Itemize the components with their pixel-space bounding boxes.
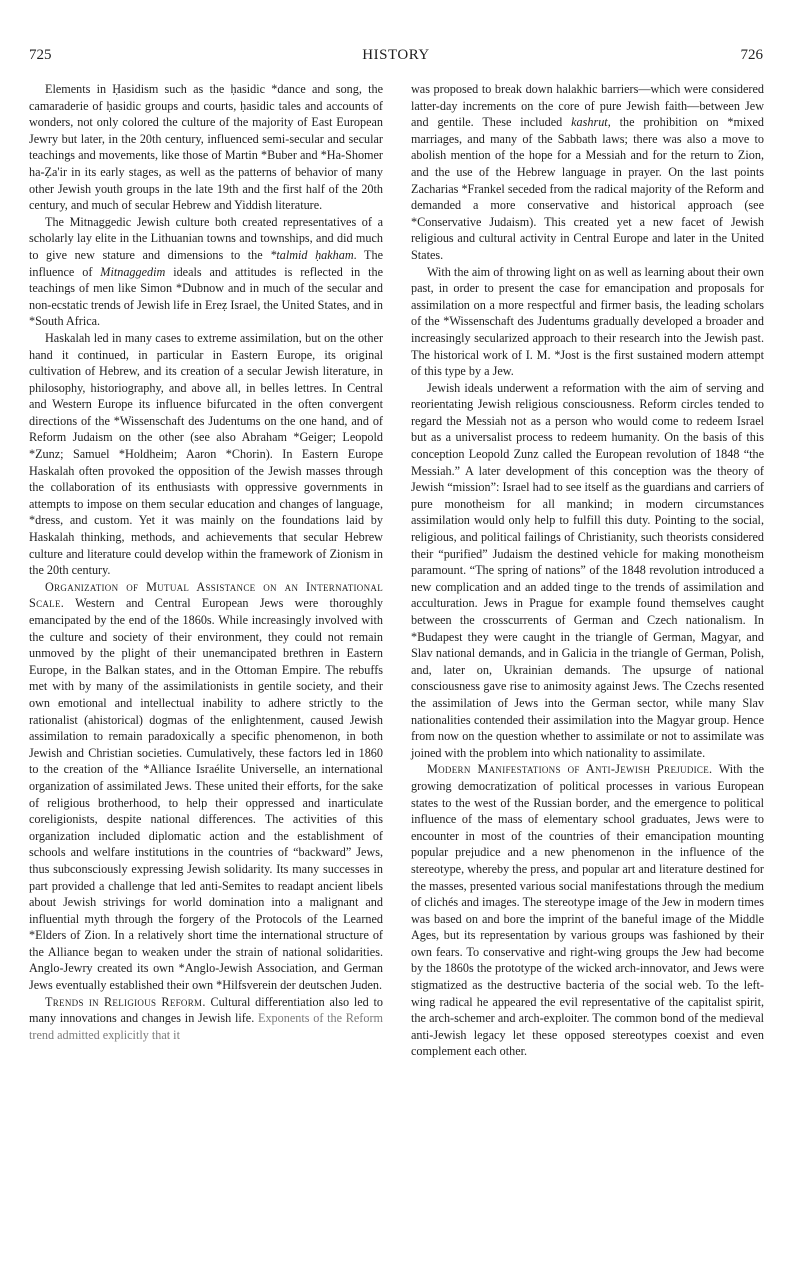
paragraph-mitnaggedic: The Mitnaggedic Jewish culture both crea… xyxy=(29,214,383,330)
right-column: was proposed to break down halakhic barr… xyxy=(411,81,764,1060)
paragraph-wissenschaft: With the aim of throwing light on as wel… xyxy=(411,264,764,380)
paragraph-text: Jewish ideals underwent a reformation wi… xyxy=(411,381,764,760)
paragraph-hasidism: Elements in Ḥasidism such as the ḥasidic… xyxy=(29,81,383,214)
paragraph-jewish-ideals: Jewish ideals underwent a reformation wi… xyxy=(411,380,764,762)
paragraph-text: With the aim of throwing light on as wel… xyxy=(411,265,764,379)
italic-term: kashrut xyxy=(571,115,608,129)
italic-term: Mitnaggedim xyxy=(100,265,165,279)
paragraph-haskalah: Haskalah led in many cases to extreme as… xyxy=(29,330,383,579)
paragraph-anti-jewish-prejudice: Modern Manifestations of Anti-Jewish Pre… xyxy=(411,761,764,1060)
paragraph-text: With the growing democratization of poli… xyxy=(411,762,764,1058)
section-heading: Modern Manifestations of Anti-Jewish Pre… xyxy=(427,762,712,776)
italic-term: *talmid ḥakham xyxy=(270,248,353,262)
page-header: 725 HISTORY 726 xyxy=(29,47,763,69)
paragraph-text: , the prohibition on *mixed marriages, a… xyxy=(411,115,764,262)
paragraph-religious-reform: Trends in Religious Reform. Cultural dif… xyxy=(29,994,383,1044)
paragraph-halakhic-barriers: was proposed to break down halakhic barr… xyxy=(411,81,764,264)
page-number-right: 726 xyxy=(741,47,764,64)
paragraph-text: Western and Central European Jews were t… xyxy=(29,596,383,992)
paragraph-text: Elements in Ḥasidism such as the ḥasidic… xyxy=(29,82,383,212)
paragraph-mutual-assistance: Organization of Mutual Assistance on an … xyxy=(29,579,383,994)
paragraph-text: Haskalah led in many cases to extreme as… xyxy=(29,331,383,577)
section-heading: Trends in Religious Reform. xyxy=(45,995,206,1009)
left-column: Elements in Ḥasidism such as the ḥasidic… xyxy=(29,81,383,1043)
running-title: HISTORY xyxy=(29,47,763,64)
